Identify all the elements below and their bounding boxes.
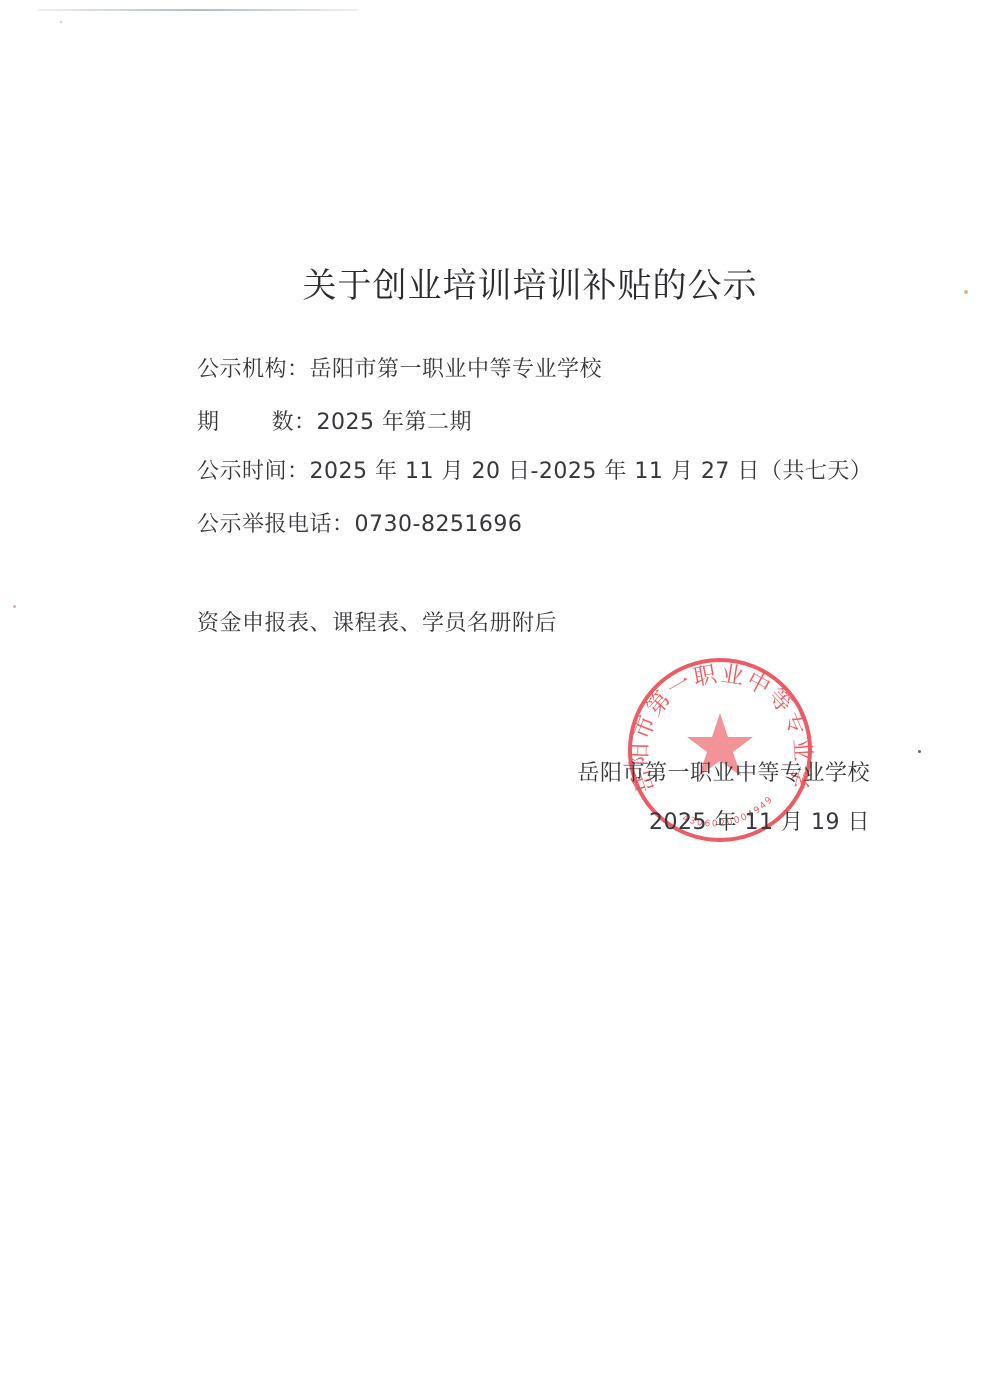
scan-speck: [13, 605, 16, 608]
field-label: 公示机构：: [197, 357, 310, 382]
field-publication-time: 公示时间：2025 年 11 月 20 日-2025 年 11 月 27 日（共…: [197, 454, 872, 485]
field-publishing-organization: 公示机构：岳阳市第一职业中等专业学校: [197, 352, 602, 383]
field-value: 2025 年 11 月 20 日-2025 年 11 月 27 日（共七天）: [310, 459, 873, 484]
field-value: 0730-8251696: [355, 512, 523, 537]
scan-speck: [918, 750, 921, 753]
field-value: 2025 年第二期: [317, 410, 472, 435]
field-label: 期: [197, 410, 220, 435]
field-label: 公示举报电话：: [197, 512, 355, 537]
document-title: 关于创业培训培训补贴的公示: [0, 258, 1000, 307]
field-label: 数：: [272, 410, 317, 435]
field-period: 期数：2025 年第二期: [197, 405, 472, 436]
field-label: 公示时间：: [197, 459, 310, 484]
field-value: 岳阳市第一职业中等专业学校: [310, 357, 603, 382]
scan-edge-line: [38, 9, 358, 11]
scan-speck: [60, 21, 62, 23]
attachments-note: 资金申报表、课程表、学员名册附后: [197, 606, 557, 637]
signature-organization: 岳阳市第一职业中等专业学校: [577, 756, 870, 787]
field-report-phone: 公示举报电话：0730-8251696: [197, 507, 522, 538]
signature-date: 2025 年 11 月 19 日: [649, 805, 870, 836]
